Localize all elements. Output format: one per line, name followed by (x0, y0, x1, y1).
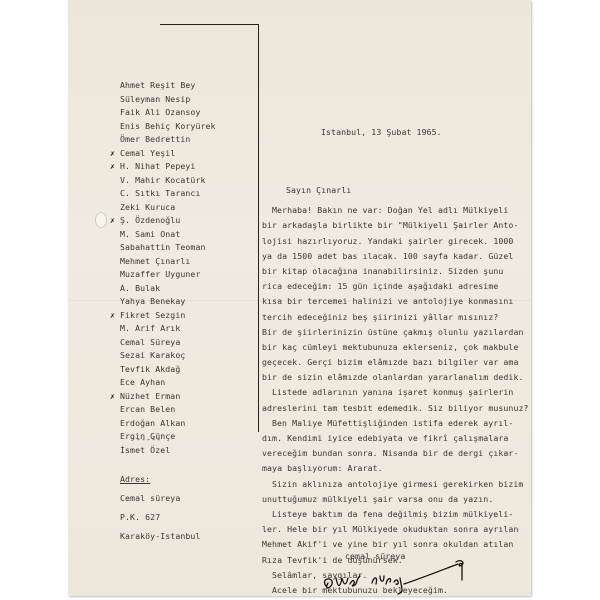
recipient-name: Ömer Bedrettin (120, 133, 216, 147)
recipient-name: Mehmet Çınarlı (120, 255, 216, 269)
letter-line: unuttuğumuz mülkiyeli şair varsa onu da … (262, 492, 532, 507)
recipients-list: Ahmet Reşit BeySüleyman NesipFaik Ali Oz… (120, 79, 216, 457)
address-missing-mark-icon: ✗ (110, 160, 115, 174)
address-missing-mark-icon: ✗ (110, 214, 115, 228)
letter-line: rica edeceğim: 15 gün içinde aşağıdaki a… (262, 279, 532, 294)
list-end-dash: ----- (136, 434, 161, 444)
recipient-name-text: Enis Behiç Koryürek (120, 121, 216, 131)
letter-line: geçecek. Gerçi bizim elâmızde bazı bilgi… (262, 355, 532, 370)
recipient-name-text: Ömer Bedrettin (120, 134, 190, 144)
recipient-name-text: Faik Ali Ozansoy (120, 107, 200, 117)
recipient-name: C. Sıtkı Tarancı (120, 187, 216, 201)
recipient-name-text: Yahya Benekay (120, 296, 185, 306)
letter-line: adreslerini tam tesbit edemedik. Siz bil… (262, 401, 532, 416)
recipient-name-text: Tevfik Akdağ (120, 364, 180, 374)
punch-hole (95, 212, 107, 228)
recipient-name-text: A. Bulak (120, 283, 160, 293)
letter-line: Merhaba! Bakın ne var: Doğan Yel adlı Mü… (262, 203, 532, 218)
recipient-name-text: Sabahattin Teoman (120, 242, 206, 252)
recipient-name: Ergin Günçe (120, 430, 216, 444)
recipient-name: Sezai Karakoç (120, 349, 216, 363)
letter-line: Ben Maliye Müfettişliğinden istifa edere… (262, 416, 532, 431)
sender-address: Adres: Cemal süreya P.K. 627 Karaköy-Ist… (120, 470, 200, 546)
recipient-name-text: V. Mahir Kocatürk (120, 175, 206, 185)
recipient-name-text: İsmet Özel (120, 445, 170, 455)
address-missing-mark-icon: ✗ (110, 309, 115, 323)
recipient-name: Muzaffer Uyguner (120, 268, 216, 282)
letter-line: dım. Kendimi iyice edebiyata ve fikrî ça… (262, 431, 532, 446)
dateline: Istanbul, 13 Şubat 1965. (321, 127, 442, 137)
letter-line: ya da 1500 adet bas ılacak. 100 sayfa ka… (262, 249, 532, 264)
recipient-name: M. Arif Arık (120, 322, 216, 336)
recipient-name: ✗H. Nihat Pepeyi (120, 160, 216, 174)
handwritten-signature (312, 556, 472, 596)
letter-line: Listeye baktım da fena değilmiş bizim mü… (262, 507, 532, 522)
recipient-name: V. Mahir Kocatürk (120, 174, 216, 188)
recipient-name-text: Muzaffer Uyguner (120, 269, 200, 279)
address-line: P.K. 627 (120, 508, 200, 527)
recipient-name: Tevfik Akdağ (120, 363, 216, 377)
recipient-name-text: Erdoğan Alkan (120, 418, 185, 428)
recipient-name: Süleyman Nesip (120, 93, 216, 107)
recipient-name: İsmet Özel (120, 444, 216, 458)
recipient-name: Ercan Belen (120, 403, 216, 417)
recipient-name-text: Ece Ayhan (120, 377, 165, 387)
recipient-name: Ece Ayhan (120, 376, 216, 390)
recipient-name-text: Ahmet Reşit Bey (120, 80, 195, 90)
letter-line: maya başlıyorum: Ararat. (262, 461, 532, 476)
recipient-name-text: Nüzhet Erman (120, 391, 180, 401)
recipient-name-text: Ercan Belen (120, 404, 175, 414)
recipient-name: Enis Behiç Koryürek (120, 120, 216, 134)
recipient-name: Cemal Süreya (120, 336, 216, 350)
recipient-name: ✗Cemal Yeşil (120, 147, 216, 161)
recipient-name: Zeki Kuruca (120, 201, 216, 215)
recipient-name-text: Fikret Sezgin (120, 310, 185, 320)
letter-line: ler. Hele bir yıl Mülkiyede okuduktan so… (262, 522, 532, 537)
recipient-name-text: Süleyman Nesip (120, 94, 190, 104)
recipient-name-text: Sezai Karakoç (120, 350, 185, 360)
letter-body: Sayın Çınarlı Merhaba! Bakın ne var: Doğ… (262, 183, 532, 598)
recipient-name-text: C. Sıtkı Tarancı (120, 188, 200, 198)
letter-line: tercih edeceğiniz beş şiirinizi yâllar m… (262, 310, 532, 325)
letter-line: Bir de şiirlerinizin üstüne çakmış olunl… (262, 325, 532, 340)
recipient-name-text: Mehmet Çınarlı (120, 256, 190, 266)
recipient-name: Erdoğan Alkan (120, 417, 216, 431)
recipient-name-text: M. Sami Onat (120, 229, 180, 239)
letter-line: Sizin aklınıza antolojiye girmesi gereki… (262, 477, 532, 492)
recipient-name: Ahmet Reşit Bey (120, 79, 216, 93)
letter-line: vereceğim bundan sonra. Nisanda bir de d… (262, 446, 532, 461)
recipient-name: Faik Ali Ozansoy (120, 106, 216, 120)
recipient-name: Sabahattin Teoman (120, 241, 216, 255)
address-line: Karaköy-Istanbul (120, 527, 200, 546)
salutation: Sayın Çınarlı (262, 183, 532, 198)
letter-line: bir kitap olacağına inanabilirsiniz. Siz… (262, 264, 532, 279)
recipient-name-text: M. Arif Arık (120, 323, 180, 333)
recipient-name: ✗Ş. Özdenoğlu (120, 214, 216, 228)
letter-line: bir kaç cümleyi mektubunuza eklerseniz, … (262, 340, 532, 355)
recipient-name: A. Bulak (120, 282, 216, 296)
letter-line: Listede adlarının yanına işaret konmuş ş… (262, 385, 532, 400)
address-line: Cemal süreya (120, 489, 200, 508)
signature-scribble-icon (312, 556, 472, 596)
recipient-name-text: Cemal Yeşil (120, 148, 175, 158)
recipient-name-text: Cemal Süreya (120, 337, 180, 347)
list-bracket-divider (258, 24, 259, 432)
letter-line: bir arkadaşla birlikte bir "Mülkiyeli Şa… (262, 218, 532, 233)
recipient-name-text: Ş. Özdenoğlu (120, 215, 180, 225)
recipient-name: ✗Fikret Sezgin (120, 309, 216, 323)
letter-line: lojisi hazırlıyoruz. Yandaki şairler gir… (262, 234, 532, 249)
recipient-name-text: Zeki Kuruca (120, 202, 175, 212)
letter-line: kısa bir tercemei halinizi ve antolojiye… (262, 294, 532, 309)
recipient-name-text: H. Nihat Pepeyi (120, 161, 195, 171)
address-missing-mark-icon: ✗ (110, 390, 115, 404)
recipient-name: ✗Nüzhet Erman (120, 390, 216, 404)
address-title: Adres: (120, 470, 200, 489)
address-missing-mark-icon: ✗ (110, 147, 115, 161)
list-bracket-top (160, 24, 258, 25)
recipient-name: Yahya Benekay (120, 295, 216, 309)
letter-line: bir de sizin elâmızde olanlardan yararla… (262, 370, 532, 385)
recipient-name: M. Sami Onat (120, 228, 216, 242)
